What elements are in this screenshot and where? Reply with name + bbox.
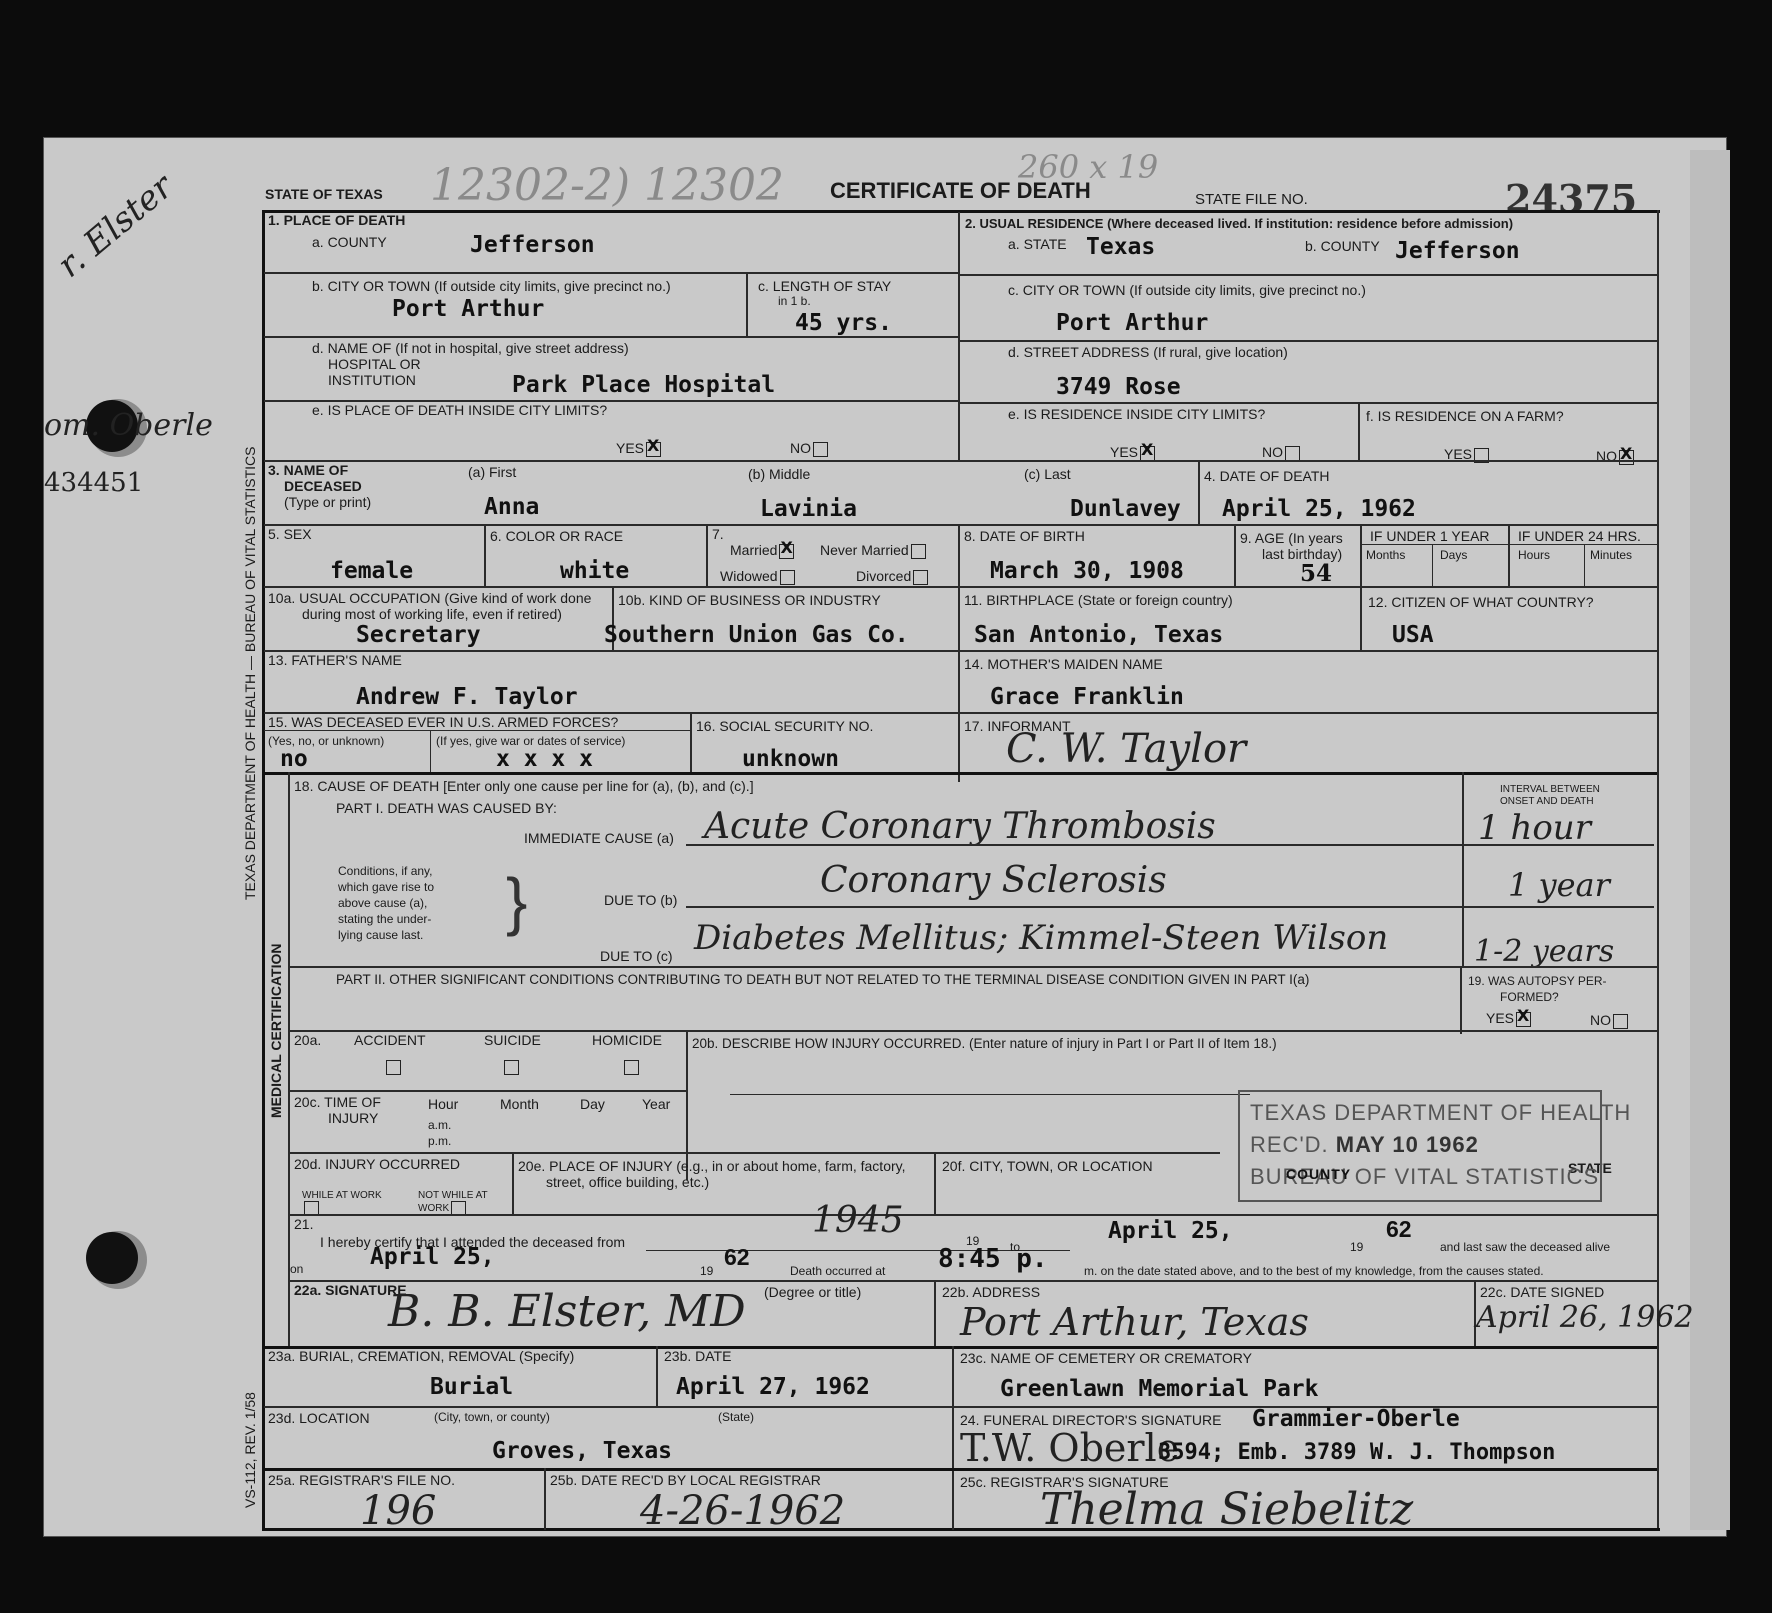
funeral-director-signature: T.W. Oberle [960,1426,1179,1470]
side-medical-certification: MEDICAL CERTIFICATION [268,944,284,1118]
days-label: Days [1440,548,1467,562]
county-label: a. COUNTY [312,234,387,250]
registrar-date-value: 4-26-1962 [640,1488,845,1534]
location-state-sublabel: (State) [718,1410,754,1424]
conditions-text-2: which gave rise to [338,880,434,894]
rule [264,650,1657,652]
not-while-at-work-checkbox[interactable]: NOT WHILE AT WORK [418,1190,514,1216]
suicide-checkbox[interactable] [504,1060,519,1075]
state-of-texas-label: STATE OF TEXAS [265,186,383,202]
hospital-label: d. NAME OF (If not in hospital, give str… [312,340,629,356]
res-city-label: c. CITY OR TOWN (If outside city limits,… [1008,282,1366,298]
father-value: Andrew F. Taylor [356,684,578,710]
middle-name-value: Lavinia [760,496,857,522]
rule [1432,544,1433,586]
res-county-label: b. COUNTY [1305,238,1380,254]
rule [264,272,958,274]
hospital-value: Park Place Hospital [512,372,775,398]
res-inside-limits-yes[interactable]: YES [1110,444,1155,461]
checkbox[interactable] [813,442,828,457]
last-name-label: (c) Last [1024,466,1071,482]
injury-occurred-label: 20d. INJURY OCCURRED [294,1156,460,1172]
res-farm-label: f. IS RESIDENCE ON A FARM? [1366,408,1564,424]
while-at-work-checkbox[interactable]: WHILE AT WORK [302,1190,382,1216]
location-city-sublabel: (City, town, or county) [434,1410,550,1424]
date-signed-value: April 26, 1962 [1476,1300,1694,1335]
checkbox-checked[interactable] [779,544,794,559]
city-label: b. CITY OR TOWN (If outside city limits,… [312,278,671,294]
checkbox[interactable] [1613,1014,1628,1029]
side-form-revision: VS-112, REV. 1/58 [242,1392,258,1508]
conditions-text: Conditions, if any, [338,864,433,878]
cause-c-value: Diabetes Mellitus; Kimmel-Steen Wilson [694,918,1388,958]
place-of-injury-label-2: street, office building, etc.) [546,1174,709,1190]
dob-label: 8. DATE OF BIRTH [964,528,1085,544]
conditions-text-3: above cause (a), [338,896,427,910]
birthplace-label: 11. BIRTHPLACE (State or foreign country… [964,592,1233,608]
part1-label: PART I. DEATH WAS CAUSED BY: [336,800,557,816]
rule [960,274,1657,276]
conditions-text-4: stating the under- [338,912,431,926]
certification-text-3: m. on the date stated above, and to the … [1084,1264,1544,1278]
date-of-death-value: April 25, 1962 [1222,496,1416,522]
under-24-label: IF UNDER 24 HRS. [1518,528,1641,544]
location-label: 23d. LOCATION [268,1410,370,1426]
rule [264,586,1657,588]
mother-value: Grace Franklin [990,684,1184,710]
rule [934,1152,936,1214]
rule [952,1346,954,1530]
under-1-year-label: IF UNDER 1 YEAR [1370,528,1490,544]
am-label: a.m. [428,1118,451,1132]
certification-number: 21. [294,1216,313,1232]
last-seen-year: 62 [724,1244,750,1271]
checkbox-checked[interactable] [1140,446,1155,461]
stamp-line-2: REC'D. MAY 10 1962 [1250,1132,1479,1158]
registrar-file-label: 25a. REGISTRAR'S FILE NO. [268,1472,455,1488]
rule [264,730,690,731]
mother-label: 14. MOTHER'S MAIDEN NAME [964,656,1163,672]
due-to-c-label: DUE TO (c) [600,948,673,964]
rule [290,1280,1657,1282]
registrar-signature: Thelma Siebelitz [1040,1484,1413,1535]
checkbox[interactable] [913,570,928,585]
form-bottom-border [262,1528,1660,1531]
autopsy-yes[interactable]: YES [1486,1010,1531,1027]
suicide-label: SUICIDE [484,1032,541,1048]
underlying-page-edge [1690,150,1730,1530]
sex-value: female [330,558,413,584]
interval-a-value: 1 hour [1478,808,1591,848]
service-value: x x x x [496,746,593,772]
no-label: NO [1590,1012,1611,1028]
funeral-details-value: 3594; Emb. 3789 W. J. Thompson [1158,1440,1555,1465]
birthplace-value: San Antonio, Texas [974,622,1223,648]
time-of-injury-label: 20c. TIME OF [294,1094,381,1110]
margin-note-oberle: om. Oberle [44,408,213,443]
attended-from-value: 1945 [812,1200,904,1241]
stamp-line-1: TEXAS DEPARTMENT OF HEALTH [1250,1100,1631,1126]
married-checkbox[interactable]: Married [730,542,794,559]
residence-section-label: 2. USUAL RESIDENCE (Where deceased lived… [965,216,1513,232]
informant-signature: C. W. Taylor [1006,726,1246,772]
death-inside-limits-no[interactable]: NO [790,440,828,457]
death-city-value: Port Arthur [392,296,544,322]
registrar-file-value: 196 [360,1488,436,1534]
stamp-county-overprint: COUNTY [1286,1166,1351,1182]
name-label-3: (Type or print) [284,494,371,510]
autopsy-label: 19. WAS AUTOPSY PER- [1468,974,1607,988]
rule [1358,402,1360,460]
age-value: 54 [1300,560,1332,587]
autopsy-label-2: FORMED? [1500,990,1559,1004]
res-street-label: d. STREET ADDRESS (If rural, give locati… [1008,344,1288,360]
ssn-value: unknown [742,746,839,772]
state-file-label: STATE FILE NO. [1195,192,1308,208]
rule [264,524,1657,526]
checkbox-checked[interactable] [1516,1012,1531,1027]
due-to-b-label: DUE TO (b) [604,892,677,908]
occupation-label-2: during most of working life, even if ret… [302,606,562,622]
attended-to-value: April 25, [1108,1218,1233,1244]
no-label: NO [1262,444,1283,460]
sex-label: 5. SEX [268,526,312,542]
disposition-label: 23a. BURIAL, CREMATION, REMOVAL (Specify… [268,1348,574,1364]
never-married-label: Never Married [820,542,909,558]
state-file-number: 24375 [1505,176,1637,221]
cause-b-value: Coronary Sclerosis [820,860,1167,901]
cemetery-label: 23c. NAME OF CEMETERY OR CREMATORY [960,1350,1252,1366]
rule [730,1094,1250,1095]
widowed-label: Widowed [720,568,778,584]
brace-icon: } [506,866,527,936]
rule [264,460,1657,462]
nineteen-label-2: 19 [1350,1240,1363,1254]
first-name-label: (a) First [468,464,516,480]
rule [264,1468,1657,1471]
degree-label: (Degree or title) [764,1284,861,1300]
death-inside-limits-yes[interactable]: YES [616,440,661,457]
rule [960,340,1657,342]
res-state-value: Texas [1086,234,1155,260]
conditions-text-5: lying cause last. [338,928,423,942]
rule [264,336,958,338]
rule [960,402,1657,404]
address-label: 22b. ADDRESS [942,1284,1040,1300]
rule [290,1152,1220,1154]
rule [958,586,960,782]
business-value: Southern Union Gas Co. [604,622,909,648]
date-signed-label: 22c. DATE SIGNED [1480,1284,1604,1300]
certificate-title: CERTIFICATE OF DEATH [830,178,1091,204]
nineteen-label-3: 19 [700,1264,713,1278]
year-label: Year [642,1096,670,1112]
rule [1198,460,1200,524]
dob-value: March 30, 1908 [990,558,1184,584]
location-value: Groves, Texas [492,1438,672,1464]
rule [746,272,748,336]
disposition-value: Burial [430,1374,513,1400]
checkbox-checked[interactable] [646,442,661,457]
marital-label: 7. [712,526,724,542]
rule [1360,524,1362,586]
rule [290,1214,1657,1216]
business-label: 10b. KIND OF BUSINESS OR INDUSTRY [618,592,881,608]
no-label: NO [790,440,811,456]
divorced-checkbox[interactable]: Divorced [856,568,928,585]
rule [1234,524,1236,586]
armed-value: no [280,746,308,772]
death-county-value: Jefferson [470,232,595,258]
rule [1584,544,1585,586]
attended-to-year: 62 [1386,1216,1412,1243]
middle-name-label: (b) Middle [748,466,810,482]
res-state-label: a. STATE [1008,236,1067,252]
first-name-value: Anna [484,494,539,520]
homicide-label: HOMICIDE [592,1032,662,1048]
pm-label: p.m. [428,1134,451,1148]
yes-label: YES [616,440,644,456]
length-of-stay-value: 45 yrs. [795,310,892,336]
minutes-label: Minutes [1590,548,1632,562]
rule [1508,524,1510,586]
last-saw-text: and last saw the deceased alive [1440,1240,1610,1254]
registrar-date-label: 25b. DATE REC'D BY LOCAL REGISTRAR [550,1472,821,1488]
race-value: white [560,558,629,584]
occupation-value: Secretary [356,622,481,648]
res-inside-limits-label: e. IS RESIDENCE INSIDE CITY LIMITS? [1008,406,1265,422]
hospital-label-3: INSTITUTION [328,372,416,388]
rule [1462,772,1464,968]
res-county-value: Jefferson [1395,238,1520,264]
physician-address: Port Arthur, Texas [960,1300,1309,1344]
margin-note-number: 434451 [44,468,143,498]
cause-label: 18. CAUSE OF DEATH [Enter only one cause… [294,778,754,794]
cemetery-value: Greenlawn Memorial Park [1000,1376,1319,1402]
widowed-checkbox[interactable]: Widowed [720,568,795,585]
res-farm-no[interactable]: NO [1596,448,1634,465]
rule [512,1152,514,1214]
punch-hole-bottom [86,1232,138,1284]
rule [290,966,1657,968]
funeral-home-value: Grammier-Oberle [1252,1406,1460,1432]
rule [290,1090,686,1092]
homicide-checkbox[interactable] [624,1060,639,1075]
time-of-injury-label-2: INJURY [328,1110,378,1126]
rule [1360,586,1362,650]
checkbox[interactable] [911,544,926,559]
pencil-file-number: 12302-2) 12302 [430,160,784,211]
death-occurred-label: Death occurred at [790,1264,885,1278]
citizen-label: 12. CITIZEN OF WHAT COUNTRY? [1368,594,1594,610]
injury-type-label: 20a. [294,1032,321,1048]
on-label: on [290,1262,303,1276]
received-stamp: TEXAS DEPARTMENT OF HEALTH REC'D. MAY 10… [1238,1090,1602,1202]
age-label: 9. AGE (In years [1240,530,1343,546]
stamp-recd: REC'D. [1250,1132,1329,1157]
rule [934,1280,936,1346]
hour-label: Hour [428,1096,458,1112]
interval-b-value: 1 year [1508,866,1610,904]
immediate-cause-label: IMMEDIATE CAUSE (a) [524,830,674,846]
rule [690,712,692,772]
yes-label: YES [1486,1010,1514,1026]
father-label: 13. FATHER'S NAME [268,652,402,668]
rule [430,730,431,772]
occupation-label: 10a. USUAL OCCUPATION (Give kind of work… [268,590,591,606]
describe-injury-label: 20b. DESCRIBE HOW INJURY OCCURRED. (Ente… [692,1036,1277,1052]
date-of-death-label: 4. DATE OF DEATH [1204,468,1330,484]
married-label: Married [730,542,777,558]
rule [686,906,1654,908]
place-of-death-section-label: 1. PLACE OF DEATH [268,212,405,228]
ssn-label: 16. SOCIAL SECURITY NO. [696,718,873,734]
res-city-value: Port Arthur [1056,310,1208,336]
form-top-border [262,210,1660,213]
accident-checkbox[interactable] [386,1060,401,1075]
interval-c-value: 1-2 years [1474,934,1614,969]
res-street-value: 3749 Rose [1056,374,1181,400]
months-label: Months [1366,548,1405,562]
checkbox[interactable] [780,570,795,585]
part2-label: PART II. OTHER SIGNIFICANT CONDITIONS CO… [336,972,1309,988]
rule [706,524,708,586]
burial-date-value: April 27, 1962 [676,1374,870,1400]
rule [264,772,1657,775]
month-label: Month [500,1096,539,1112]
rule [1460,966,1462,1034]
last-seen-date: April 25, [370,1244,495,1270]
last-name-value: Dunlavey [1070,496,1181,522]
death-time-value: 8:45 p. [938,1244,1048,1274]
name-label-2: DECEASED [284,478,362,494]
day-label: Day [580,1096,605,1112]
stamp-date: MAY 10 1962 [1336,1132,1479,1157]
cause-a-value: Acute Coronary Thrombosis [704,806,1216,847]
place-of-injury-label: 20e. PLACE OF INJURY (e.g., in or about … [518,1158,906,1174]
hours-label: Hours [1518,548,1550,562]
while-at-work-label: WHILE AT WORK [302,1190,382,1201]
burial-date-label: 23b. DATE [664,1348,731,1364]
rule [958,524,960,586]
name-label: 3. NAME OF [268,462,348,478]
accident-label: ACCIDENT [354,1032,426,1048]
race-label: 6. COLOR OR RACE [490,528,623,544]
divider-place-residence [958,212,960,460]
rule [656,1346,658,1408]
interval-label: INTERVAL BETWEEN [1500,784,1600,795]
rule [544,1468,546,1530]
yes-label: YES [1110,444,1138,460]
armed-forces-label: 15. WAS DECEASED EVER IN U.S. ARMED FORC… [268,714,618,730]
hospital-label-2: HOSPITAL OR [328,356,421,372]
form-left-border [262,210,265,1530]
rule [484,524,486,586]
length-of-stay-label: c. LENGTH OF STAY [758,278,891,294]
injury-city-label: 20f. CITY, TOWN, OR LOCATION [942,1158,1153,1174]
interval-label-2: ONSET AND DEATH [1500,796,1594,807]
side-department-text: TEXAS DEPARTMENT OF HEALTH — BUREAU OF V… [242,446,258,900]
res-inside-limits-no[interactable]: NO [1262,444,1300,461]
checkbox[interactable] [1285,446,1300,461]
checkbox-checked[interactable] [1619,450,1634,465]
never-married-checkbox[interactable]: Never Married [820,542,926,559]
citizen-value: USA [1392,622,1434,648]
physician-signature: B. B. Elster, MD [388,1286,746,1337]
length-of-stay-sublabel: in 1 b. [778,294,811,308]
divorced-label: Divorced [856,568,911,584]
autopsy-no[interactable]: NO [1590,1012,1628,1029]
death-inside-limits-label: e. IS PLACE OF DEATH INSIDE CITY LIMITS? [312,402,607,418]
